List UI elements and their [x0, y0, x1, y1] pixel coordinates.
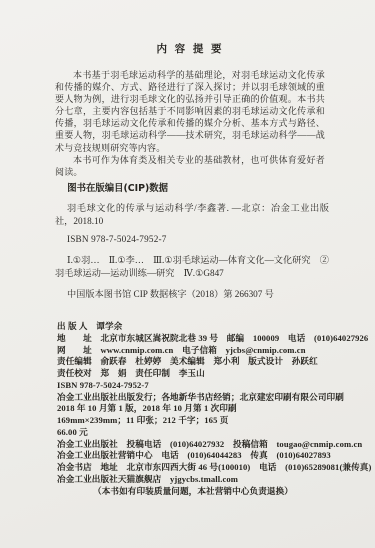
colophon-line-publisher-person: 出 版 人 谭学余	[57, 321, 369, 333]
colophon-line-editors: 责任编辑 俞跃春 杜婷婷 美术编辑 郑小利 版式设计 孙跃红	[57, 356, 369, 368]
colophon-line-marketing-contact: 冶金工业出版社营销中心 电话 (010)64044283 传真 (010)640…	[57, 450, 369, 462]
colophon-line-tmall-store: 冶金工业出版社天猫旗舰店 yjgycbs.tmall.com	[57, 474, 369, 486]
colophon-line-address: 地 址 北京市东城区嵩祝院北巷 39 号 邮编 100009 电话 (010)6…	[57, 333, 369, 345]
cip-classification: Ⅰ.①羽… Ⅱ.①李… Ⅲ.①羽毛球运动—体育文化—文化研究 ②羽毛球运动—运动…	[55, 254, 329, 280]
colophon-line-distribution: 冶金工业出版社出版发行；各地新华书店经销；北京建宏印刷有限公司印刷	[57, 392, 369, 404]
colophon-line-website-email: 网 址 www.cnmip.com.cn 电子信箱 yjcbs@cnmip.co…	[57, 345, 369, 357]
cip-data-section: 图书在版编目(CIP)数据 羽毛球文化的传承与运动科学/李鑫著. —北京：冶金工…	[55, 180, 329, 300]
cip-header: 图书在版编目(CIP)数据	[55, 180, 329, 194]
colophon-line-format: 169mm×239mm；11 印张；212 千字；165 页	[57, 415, 369, 427]
colophon-line-return-notice: （本书如有印装质量问题，本社营销中心负责退换）	[57, 486, 369, 498]
cip-title-line: 羽毛球文化的传承与运动科学/李鑫著. —北京：冶金工业出版社，2018.10	[55, 202, 329, 227]
content-summary-section: 内 容 提 要 本书基于羽毛球运动科学的基础理论，对羽毛球运动文化传承和传播的媒…	[55, 41, 325, 178]
book-copyright-page: 内 容 提 要 本书基于羽毛球运动科学的基础理论，对羽毛球运动文化传承和传播的媒…	[0, 0, 375, 548]
content-summary-paragraph-2: 本书可作为体育类及相关专业的基础教材，也可供体育爱好者阅读。	[55, 154, 325, 178]
cip-isbn: ISBN 978-7-5024-7952-7	[55, 233, 329, 246]
colophon-line-isbn: ISBN 978-7-5024-7952-7	[57, 380, 369, 392]
colophon-section: 出 版 人 谭学余 地 址 北京市东城区嵩祝院北巷 39 号 邮编 100009…	[57, 321, 369, 497]
cip-registry-number: 中国版本图书馆 CIP 数据核字（2018）第 266307 号	[55, 288, 329, 301]
content-summary-title: 内 容 提 要	[55, 41, 325, 56]
content-summary-paragraph-1: 本书基于羽毛球运动科学的基础理论，对羽毛球运动文化传承和传播的媒介、方式、路径进…	[55, 69, 325, 154]
colophon-line-bookstore: 冶金书店 地址 北京市东四西大街 46 号(100010) 电话 (010)65…	[57, 462, 369, 474]
colophon-line-edition: 2018 年 10 月第 1 版，2018 年 10 月第 1 次印刷	[57, 403, 369, 415]
colophon-line-submission-contact: 冶金工业出版社 投稿电话 (010)64027932 投稿信箱 tougao@c…	[57, 439, 369, 451]
colophon-line-price: 66.00 元	[57, 427, 369, 439]
colophon-line-proofreader-printer: 责任校对 郑 娟 责任印制 李玉山	[57, 368, 369, 380]
